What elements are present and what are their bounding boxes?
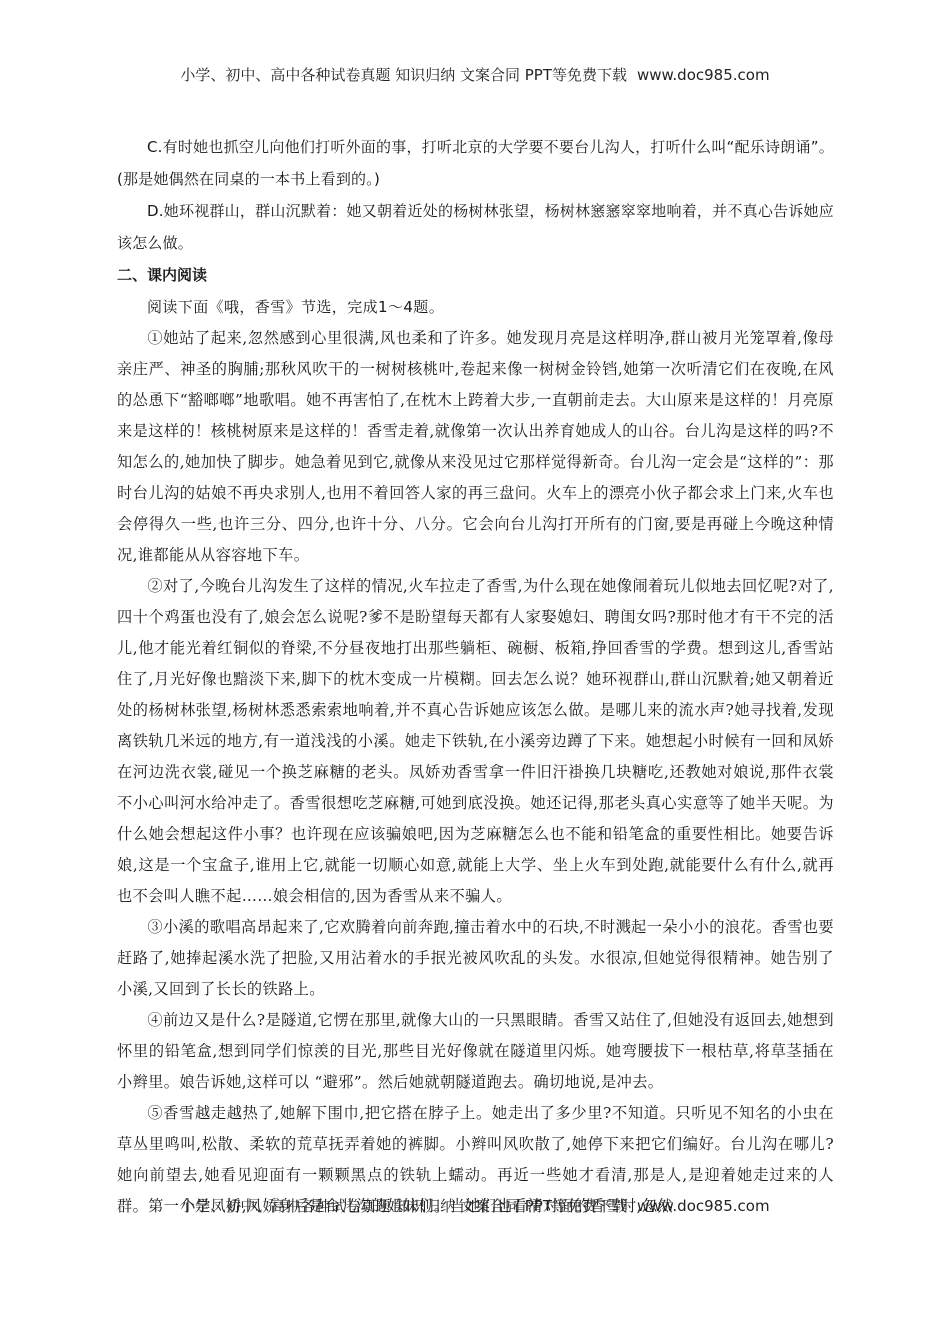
page-header-banner: 小学、初中、高中各种试卷真题 知识归纳 文案合同 PPT等免费下载www.doc… — [0, 64, 950, 85]
page-footer-banner: 小学、初中、高中各种试卷真题 知识归纳 文案合同 PPT等免费下载www.doc… — [0, 1195, 950, 1216]
passage-paragraph-2: ②对了,今晚台儿沟发生了这样的情况,火车拉走了香雪,为什么现在她像闹着玩儿似地去… — [117, 571, 834, 912]
footer-text: 小学、初中、高中各种试卷真题 知识归纳 文案合同 PPT等免费下载 — [180, 1197, 627, 1215]
section-intro: 阅读下面《哦，香雪》节选，完成1～4题。 — [117, 291, 834, 323]
header-text: 小学、初中、高中各种试卷真题 知识归纳 文案合同 PPT等免费下载 — [180, 66, 627, 84]
footer-url: www.doc985.com — [637, 1197, 770, 1215]
passage-paragraph-4: ④前边又是什么?是隧道,它愣在那里,就像大山的一只黑眼睛。香雪又站住了,但她没有… — [117, 1005, 834, 1098]
passage-paragraph-3: ③小溪的歌唱高昂起来了,它欢腾着向前奔跑,撞击着水中的石块,不时溅起一朵小小的浪… — [117, 912, 834, 1005]
passage-paragraph-1: ①她站了起来,忽然感到心里很满,风也柔和了许多。她发现月亮是这样明净,群山被月光… — [117, 323, 834, 571]
option-d: D.她环视群山，群山沉默着：她又朝着近处的杨树林张望，杨树林窸窸窣窣地响着，并不… — [117, 195, 834, 259]
section-title: 二、课内阅读 — [117, 259, 834, 291]
header-url: www.doc985.com — [637, 66, 770, 84]
document-body: C.有时她也抓空儿向他们打听外面的事，打听北京的大学要不要台儿沟人，打听什么叫“… — [117, 131, 834, 1222]
option-c: C.有时她也抓空儿向他们打听外面的事，打听北京的大学要不要台儿沟人，打听什么叫“… — [117, 131, 834, 195]
